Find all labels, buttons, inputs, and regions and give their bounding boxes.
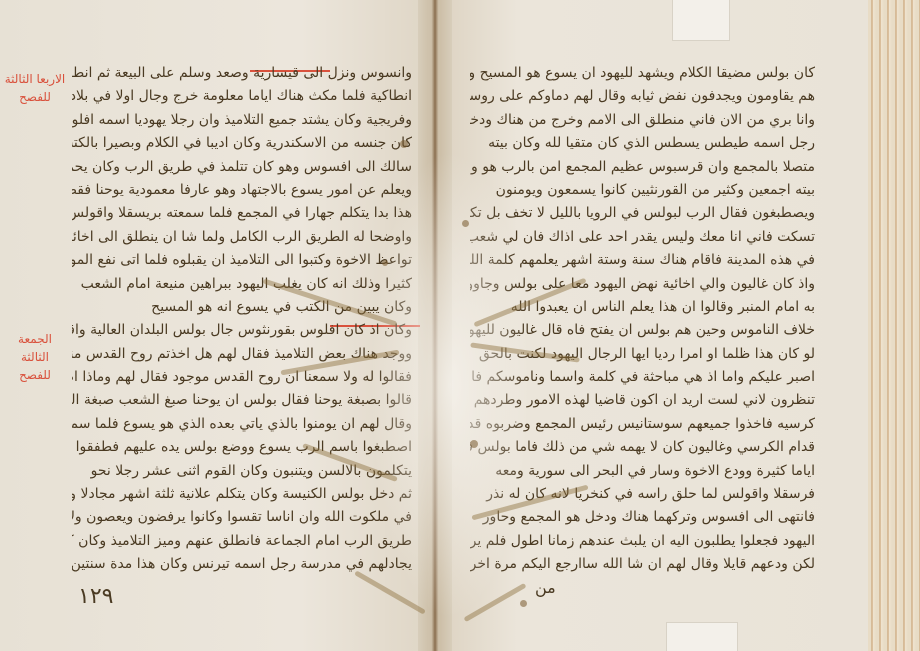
text-line: طريق الرب امام الجماعة فانطلق عنهم وميز …: [72, 530, 412, 553]
page-edges: [868, 0, 920, 651]
paper-wear-damage: [370, 150, 530, 620]
text-line: تواعظ الاخوة وكتبوا الى التلاميذ ان يقبل…: [72, 249, 412, 272]
margin-note: الاربعا الثالثة للفصح: [4, 70, 66, 106]
text-line: وقال لهم ان يومنوا بالذي ياتي بعده الذي …: [72, 413, 412, 436]
text-line: وكان اذ كان افلوس بقورنثوس جال بولس البل…: [72, 319, 412, 342]
text-line: ويعلم عن امور يسوع بالاجتهاد وهو عارفا م…: [72, 179, 412, 202]
text-line: وانا بري من الان فاني منطلق الى الامم وخ…: [470, 109, 815, 132]
text-line: انطاكية فلما مكث هناك اياما معلومة خرج و…: [72, 85, 412, 108]
text-line: سالك الى افسوس وهو كان تتلمذ في طريق الر…: [72, 156, 412, 179]
text-line: واوضحا له الطريق الرب الكامل ولما شا ان …: [72, 226, 412, 249]
text-line: فقالوا له ولا سمعنا ان روح القدس موجود ف…: [72, 366, 412, 389]
paper-tab-bottom: [666, 622, 738, 651]
text-line: وكان يبين من الكتب في يسوع انه هو المسيح: [72, 296, 412, 319]
text-line: قالوا بصبغة يوحنا فقال بولس ان يوحنا صبغ…: [72, 389, 412, 412]
ink-blot: [462, 220, 469, 227]
paper-tab-top: [672, 0, 730, 41]
text-line: كان جنسه من الاسكندرية وكان اديبا في الك…: [72, 132, 412, 155]
ink-blot: [470, 440, 478, 448]
manuscript-spread: الاربعا الثالثة للفصح الجمعة الثالثة للف…: [0, 0, 920, 651]
text-line: وفريجية وكان يشتد جميع التلاميذ وان رجلا…: [72, 109, 412, 132]
left-page-text: وانسوس ونزل الى قيسارية وصعد وسلم على ال…: [72, 62, 412, 602]
text-line: هذا بدا يتكلم جهارا في المجمع فلما سمعته…: [72, 202, 412, 225]
text-line: كثيرا وذلك انه كان يغلب اليهود ببراهين م…: [72, 273, 412, 296]
text-line: كان بولس مضيقا الكلام ويشهد لليهود ان يس…: [470, 62, 815, 85]
margin-note: الجمعة الثالثة للفصح: [4, 330, 66, 384]
ink-blot: [382, 260, 388, 266]
ink-blot: [400, 140, 408, 148]
text-line: ثم دخل بولس الكنيسة وكان يتكلم علانية ثل…: [72, 483, 412, 506]
text-line: هم يقاومون ويجدفون نفض ثيابه وقال لهم دم…: [470, 85, 815, 108]
folio-number: ١٢٩: [78, 584, 113, 609]
ink-blot: [520, 600, 527, 607]
text-line: وانسوس ونزل الى قيسارية وصعد وسلم على ال…: [72, 62, 412, 85]
text-line: ووجد هناك بعض التلاميذ فقال لهم هل اخذتم…: [72, 343, 412, 366]
catchword: من: [535, 578, 556, 597]
text-line: اصطبغوا باسم الرب يسوع ووضع بولس يده علي…: [72, 436, 412, 459]
text-line: في ملكوت الله وان اناسا تقسوا وكانوا يرف…: [72, 506, 412, 529]
